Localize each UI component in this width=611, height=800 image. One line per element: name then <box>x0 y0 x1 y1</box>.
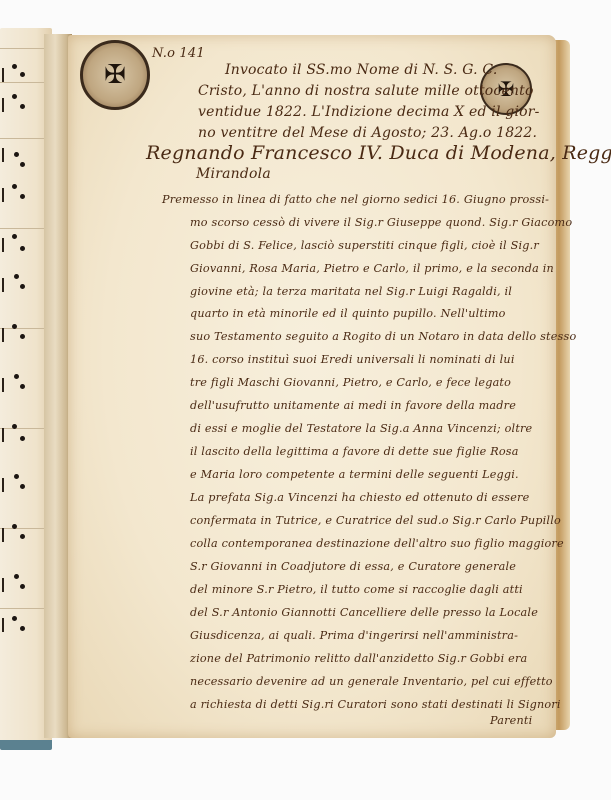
body-line: Giovanni, Rosa Maria, Pietro e Carlo, il… <box>190 262 554 275</box>
body-line: 16. corso instituì suoi Eredi universali… <box>190 353 515 366</box>
body-line: di essi e moglie del Testatore la Sig.a … <box>190 422 532 435</box>
body-line: Gobbi di S. Felice, lasciò superstiti ci… <box>190 239 539 252</box>
place-line: Mirandola <box>196 166 271 182</box>
body-line: colla contemporanea destinazione dell'al… <box>190 537 564 550</box>
body-line: Giusdicenza, ai quali. Prima d'ingerirsi… <box>190 629 518 642</box>
header-line: Invocato il SS.mo Nome di N. S. G. C. <box>225 62 498 78</box>
header-line: ventidue 1822. L'Indizione decima X ed i… <box>198 104 540 120</box>
body-line: Premesso in linea di fatto che nel giorn… <box>162 193 549 206</box>
body-line: del minore S.r Pietro, il tutto come si … <box>190 583 523 596</box>
body-line: giovine età; la terza maritata nel Sig.r… <box>190 285 512 298</box>
body-line: mo scorso cessò di vivere il Sig.r Giuse… <box>190 216 572 229</box>
body-line: zione del Patrimonio relitto dall'anzide… <box>190 652 527 665</box>
header-line: Cristo, L'anno di nostra salute mille ot… <box>198 83 534 99</box>
body-line: necessario devenire ad un generale Inven… <box>190 675 553 688</box>
body-line: del S.r Antonio Giannotti Cancelliere de… <box>190 606 538 619</box>
body-line: il lascito della legittima a favore di d… <box>190 445 519 458</box>
body-line: dell'usufrutto unitamente ai medi in fav… <box>190 399 516 412</box>
body-line: tre figli Maschi Giovanni, Pietro, e Car… <box>190 376 511 389</box>
eagle-seal-icon: ✠ <box>104 62 126 88</box>
reign-line: Regnando Francesco IV. Duca di Modena, R… <box>146 142 611 164</box>
body-line: a richiesta di detti Sig.ri Curatori son… <box>190 698 561 711</box>
body-line: suo Testamento seguito a Rogito di un No… <box>190 330 576 343</box>
body-line: confermata in Tutrice, e Curatrice del s… <box>190 514 561 527</box>
ref-number: N.o 141 <box>152 46 205 61</box>
seal-top-left: ✠ <box>80 40 150 110</box>
header-line: no ventitre del Mese di Agosto; 23. Ag.o… <box>198 125 537 141</box>
body-line: e Maria loro competente a termini delle … <box>190 468 519 481</box>
closing-word: Parenti <box>490 714 532 727</box>
body-line: La prefata Sig.a Vincenzi ha chiesto ed … <box>190 491 529 504</box>
body-line: quarto in età minorile ed il quinto pupi… <box>190 307 506 320</box>
body-line: S.r Giovanni in Coadjutore di essa, e Cu… <box>190 560 516 573</box>
